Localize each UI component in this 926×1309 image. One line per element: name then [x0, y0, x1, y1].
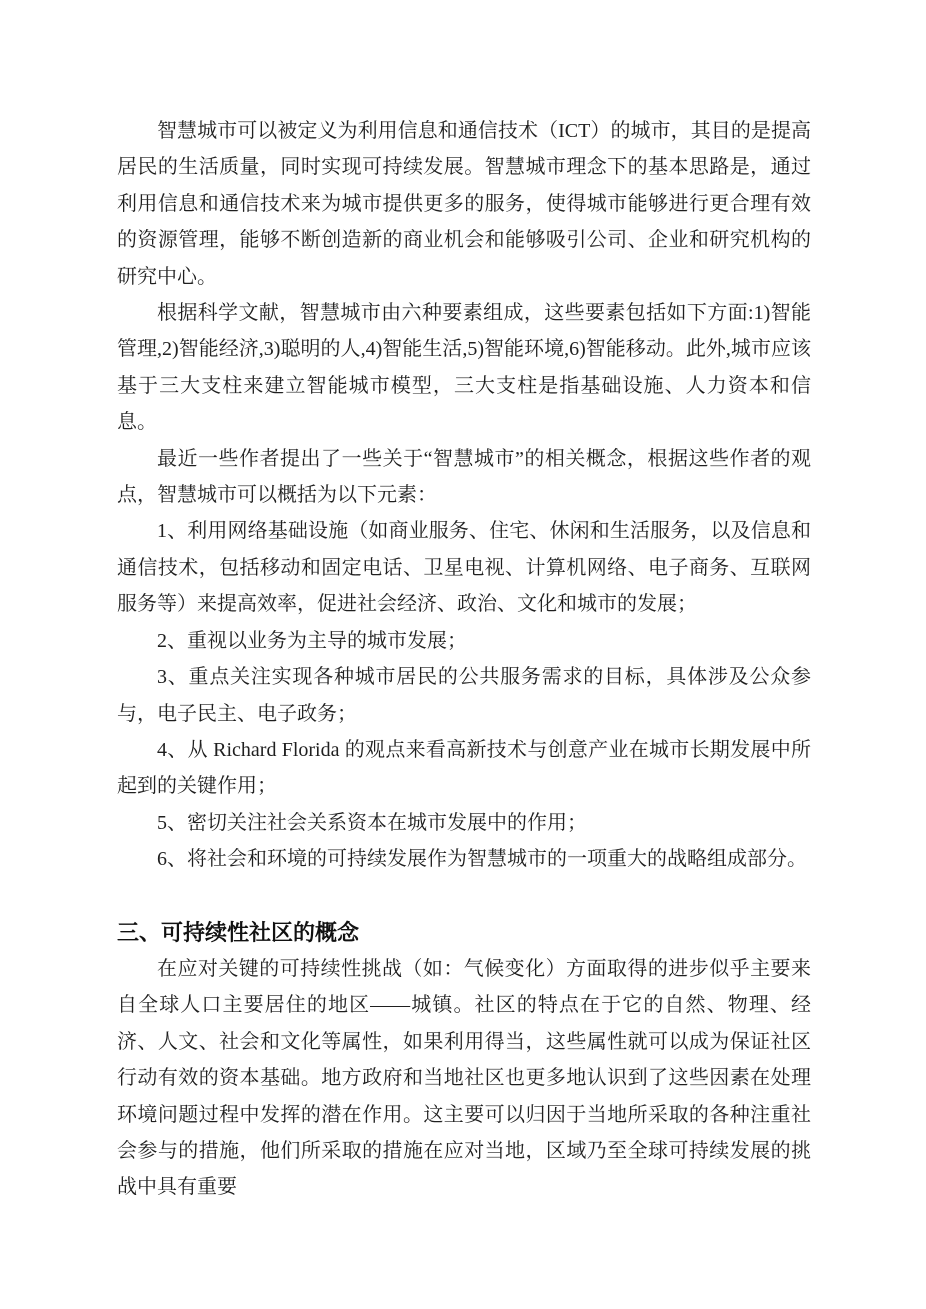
- section-heading: 三、可持续性社区的概念: [117, 915, 811, 951]
- numbered-item: 3、重点关注实现各种城市居民的公共服务需求的目标，具体涉及公众参与，电子民主、电…: [117, 659, 811, 732]
- numbered-item: 5、密切关注社会关系资本在城市发展中的作用；: [117, 805, 811, 841]
- document-body: 智慧城市可以被定义为利用信息和通信技术（ICT）的城市，其目的是提高居民的生活质…: [117, 113, 811, 1206]
- paragraph: 最近一些作者提出了一些关于“智慧城市”的相关概念，根据这些作者的观点，智慧城市可…: [117, 441, 811, 514]
- numbered-item: 2、重视以业务为主导的城市发展；: [117, 623, 811, 659]
- document-page: 智慧城市可以被定义为利用信息和通信技术（ICT）的城市，其目的是提高居民的生活质…: [0, 0, 926, 1309]
- numbered-item: 6、将社会和环境的可持续发展作为智慧城市的一项重大的战略组成部分。: [117, 841, 811, 877]
- numbered-item: 4、从 Richard Florida 的观点来看高新技术与创意产业在城市长期发…: [117, 732, 811, 805]
- numbered-item: 1、利用网络基础设施（如商业服务、住宅、休闲和生活服务，以及信息和通信技术，包括…: [117, 513, 811, 622]
- paragraph: 在应对关键的可持续性挑战（如：气候变化）方面取得的进步似乎主要来自全球人口主要居…: [117, 951, 811, 1206]
- paragraph: 根据科学文献，智慧城市由六种要素组成，这些要素包括如下方面:1)智能管理,2)智…: [117, 295, 811, 441]
- paragraph: 智慧城市可以被定义为利用信息和通信技术（ICT）的城市，其目的是提高居民的生活质…: [117, 113, 811, 295]
